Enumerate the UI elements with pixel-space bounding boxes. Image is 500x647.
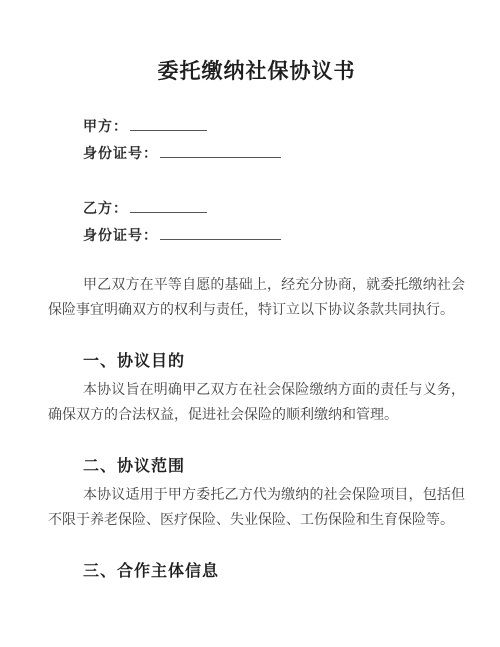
party-a-name-row: 甲方： [48, 114, 465, 141]
section-scope: 二、协议范围 本协议适用于甲方委托乙方代为缴纳的社会保险项目，包括但不限于养老保… [48, 456, 465, 533]
party-b-id-blank [160, 226, 281, 240]
section-parties-info: 三、合作主体信息 [48, 561, 465, 583]
party-a-id-blank [160, 144, 281, 158]
section-parties-info-heading: 三、合作主体信息 [48, 561, 465, 583]
party-a-id-label: 身份证号： [83, 147, 158, 162]
section-purpose-heading: 一、协议目的 [48, 351, 465, 373]
section-purpose: 一、协议目的 本协议旨在明确甲乙双方在社会保险缴纳方面的责任与义务，确保双方的合… [48, 351, 465, 428]
party-b-block: 乙方： 身份证号： [48, 196, 465, 250]
party-a-name-blank [130, 117, 207, 131]
party-a-id-row: 身份证号： [48, 141, 465, 168]
party-b-name-row: 乙方： [48, 196, 465, 223]
intro-paragraph: 甲乙双方在平等自愿的基础上，经充分协商，就委托缴纳社会保险事宜明确双方的权利与责… [48, 273, 465, 323]
section-purpose-body: 本协议旨在明确甲乙双方在社会保险缴纳方面的责任与义务，确保双方的合法权益，促进社… [48, 378, 465, 428]
section-scope-heading: 二、协议范围 [48, 456, 465, 478]
party-a-name-label: 甲方： [83, 120, 128, 135]
party-a-block: 甲方： 身份证号： [48, 114, 465, 168]
party-b-id-row: 身份证号： [48, 223, 465, 250]
section-scope-body: 本协议适用于甲方委托乙方代为缴纳的社会保险项目，包括但不限于养老保险、医疗保险、… [48, 483, 465, 533]
agreement-document-page: 委托缴纳社保协议书 甲方： 身份证号： 乙方： 身份证号： 甲乙双方在平等自愿的… [0, 0, 500, 647]
document-title: 委托缴纳社保协议书 [48, 58, 465, 86]
party-b-id-label: 身份证号： [83, 229, 158, 244]
party-b-name-blank [130, 199, 207, 213]
party-b-name-label: 乙方： [83, 202, 128, 217]
